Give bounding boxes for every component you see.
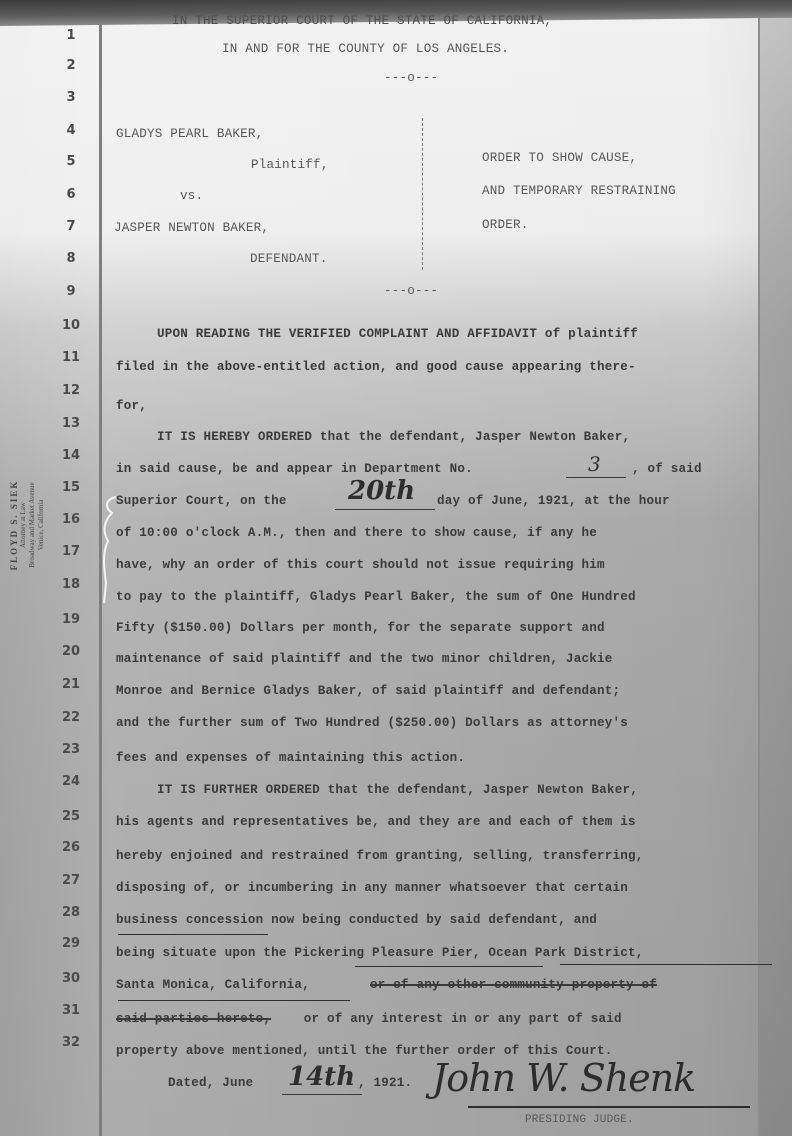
line-number: 24	[55, 774, 87, 789]
body-line-22: and the further sum of Two Hundred ($250…	[116, 716, 628, 730]
paper-crack-mark	[100, 495, 118, 605]
line-number: 26	[55, 840, 87, 855]
order-title-line-1: ORDER TO SHOW CAUSE,	[482, 151, 637, 165]
defendant-role: DEFENDANT.	[250, 252, 328, 266]
defendant-name: JASPER NEWTON BAKER,	[114, 221, 269, 235]
line-number: 31	[55, 1003, 87, 1018]
dated-blank	[282, 1094, 362, 1095]
court-title-line-2: IN AND FOR THE COUNTY OF LOS ANGELES.	[222, 42, 509, 56]
body-line-13: IT IS HEREBY ORDERED that the defendant,…	[157, 430, 630, 444]
struck-text-said-parties: said parties hereto,	[116, 1012, 271, 1026]
underline-santa-monica	[118, 1000, 350, 1001]
body-line-20: maintenance of said plaintiff and the tw…	[116, 652, 612, 666]
line-number: 2	[55, 58, 87, 73]
line-number: 22	[55, 710, 87, 725]
line-number: 6	[55, 187, 87, 202]
line-number: 3	[55, 90, 87, 105]
handwritten-dated-day: 14th	[288, 1062, 355, 1092]
line-number: 8	[55, 251, 87, 266]
body-line-17: have, why an order of this court should …	[116, 558, 605, 572]
body-line-29: being situate upon the Pickering Pleasur…	[116, 946, 644, 960]
body-line-21: Monroe and Bernice Gladys Baker, of said…	[116, 684, 620, 698]
body-line-15b: day of June, 1921, at the hour	[437, 494, 670, 508]
signature-title: PRESIDING JUDGE.	[525, 1114, 634, 1126]
body-line-15a: Superior Court, on the	[116, 494, 294, 508]
handwritten-hearing-day: 20th	[348, 476, 415, 506]
line-number: 32	[55, 1035, 87, 1050]
body-line-31: or of any interest in or any part of sai…	[296, 1012, 622, 1026]
body-line-16: of 10:00 o'clock A.M., then and there to…	[116, 526, 597, 540]
right-margin-rule	[758, 0, 760, 1136]
body-line-28: business concession now being conducted …	[116, 913, 597, 927]
line-number: 23	[55, 742, 87, 757]
line-number: 11	[55, 350, 87, 365]
dated-prefix: Dated, June	[168, 1076, 261, 1090]
order-title-line-3: ORDER.	[482, 218, 529, 232]
line-number: 4	[55, 123, 87, 138]
body-line-12: for,	[116, 399, 147, 413]
line-number: 1	[55, 28, 87, 43]
body-line-26: hereby enjoined and restrained from gran…	[116, 849, 644, 863]
body-line-19: Fifty ($150.00) Dollars per month, for t…	[116, 621, 605, 635]
body-line-14b: , of said	[632, 462, 702, 476]
handwritten-department-no: 3	[588, 452, 601, 476]
body-line-30a: Santa Monica, California,	[116, 978, 318, 992]
underline-pier	[355, 966, 543, 967]
line-number: 25	[55, 809, 87, 824]
line-number: 14	[55, 448, 87, 463]
order-title-line-2: AND TEMPORARY RESTRAINING	[482, 184, 676, 198]
line-number: 13	[55, 416, 87, 431]
department-blank	[566, 477, 626, 478]
court-title-line-1: IN THE SUPERIOR COURT OF THE STATE OF CA…	[172, 14, 552, 28]
body-line-14a: in said cause, be and appear in Departme…	[116, 462, 481, 476]
attorney-city: Venice, California	[37, 440, 46, 610]
attorney-title: Attorney at Law	[19, 440, 28, 610]
page-edge	[760, 0, 792, 1136]
attorney-address: Broadway and Market Avenue	[28, 440, 37, 610]
line-number: 10	[55, 318, 87, 333]
signature-line	[468, 1106, 750, 1108]
versus: vs.	[180, 189, 203, 203]
body-line-11: filed in the above-entitled action, and …	[116, 360, 636, 374]
line-number: 20	[55, 644, 87, 659]
line-number: 18	[55, 577, 87, 592]
body-line-18: to pay to the plaintiff, Gladys Pearl Ba…	[116, 590, 636, 604]
struck-text-community-property: or of any other community property of	[370, 978, 657, 992]
underline-district	[560, 964, 772, 965]
body-line-10: UPON READING THE VERIFIED COMPLAINT AND …	[157, 327, 638, 341]
plaintiff-name: GLADYS PEARL BAKER,	[116, 127, 263, 141]
dated-year: , 1921.	[358, 1076, 412, 1090]
attorney-stamp: FLOYD S. SIEK Attorney at Law Broadway a…	[10, 440, 46, 610]
judge-signature: John W. Shenk	[432, 1056, 695, 1100]
line-number: 27	[55, 873, 87, 888]
attorney-name: FLOYD S. SIEK	[10, 440, 19, 610]
line-number: 9	[55, 284, 87, 299]
plaintiff-role: Plaintiff,	[251, 158, 329, 172]
day-blank	[335, 509, 435, 510]
line-number: 7	[55, 219, 87, 234]
underline-business-concession	[118, 934, 268, 935]
line-number: 28	[55, 905, 87, 920]
line-number: 12	[55, 383, 87, 398]
line-number: 21	[55, 677, 87, 692]
line-number: 29	[55, 936, 87, 951]
caption-divider	[418, 118, 423, 270]
separator-top: ---o---	[384, 71, 438, 85]
body-line-24: IT IS FURTHER ORDERED that the defendant…	[157, 783, 638, 797]
body-line-25: his agents and representatives be, and t…	[116, 815, 636, 829]
line-number: 17	[55, 544, 87, 559]
body-line-23: fees and expenses of maintaining this ac…	[116, 751, 465, 765]
line-number: 15	[55, 480, 87, 495]
body-line-27: disposing of, or incumbering in any mann…	[116, 881, 628, 895]
line-number: 30	[55, 971, 87, 986]
document-page: 1234567891011121314151617181920212223242…	[0, 0, 792, 1136]
line-number: 16	[55, 512, 87, 527]
line-number: 19	[55, 612, 87, 627]
separator-bottom: ---o---	[384, 284, 438, 298]
line-number: 5	[55, 154, 87, 169]
